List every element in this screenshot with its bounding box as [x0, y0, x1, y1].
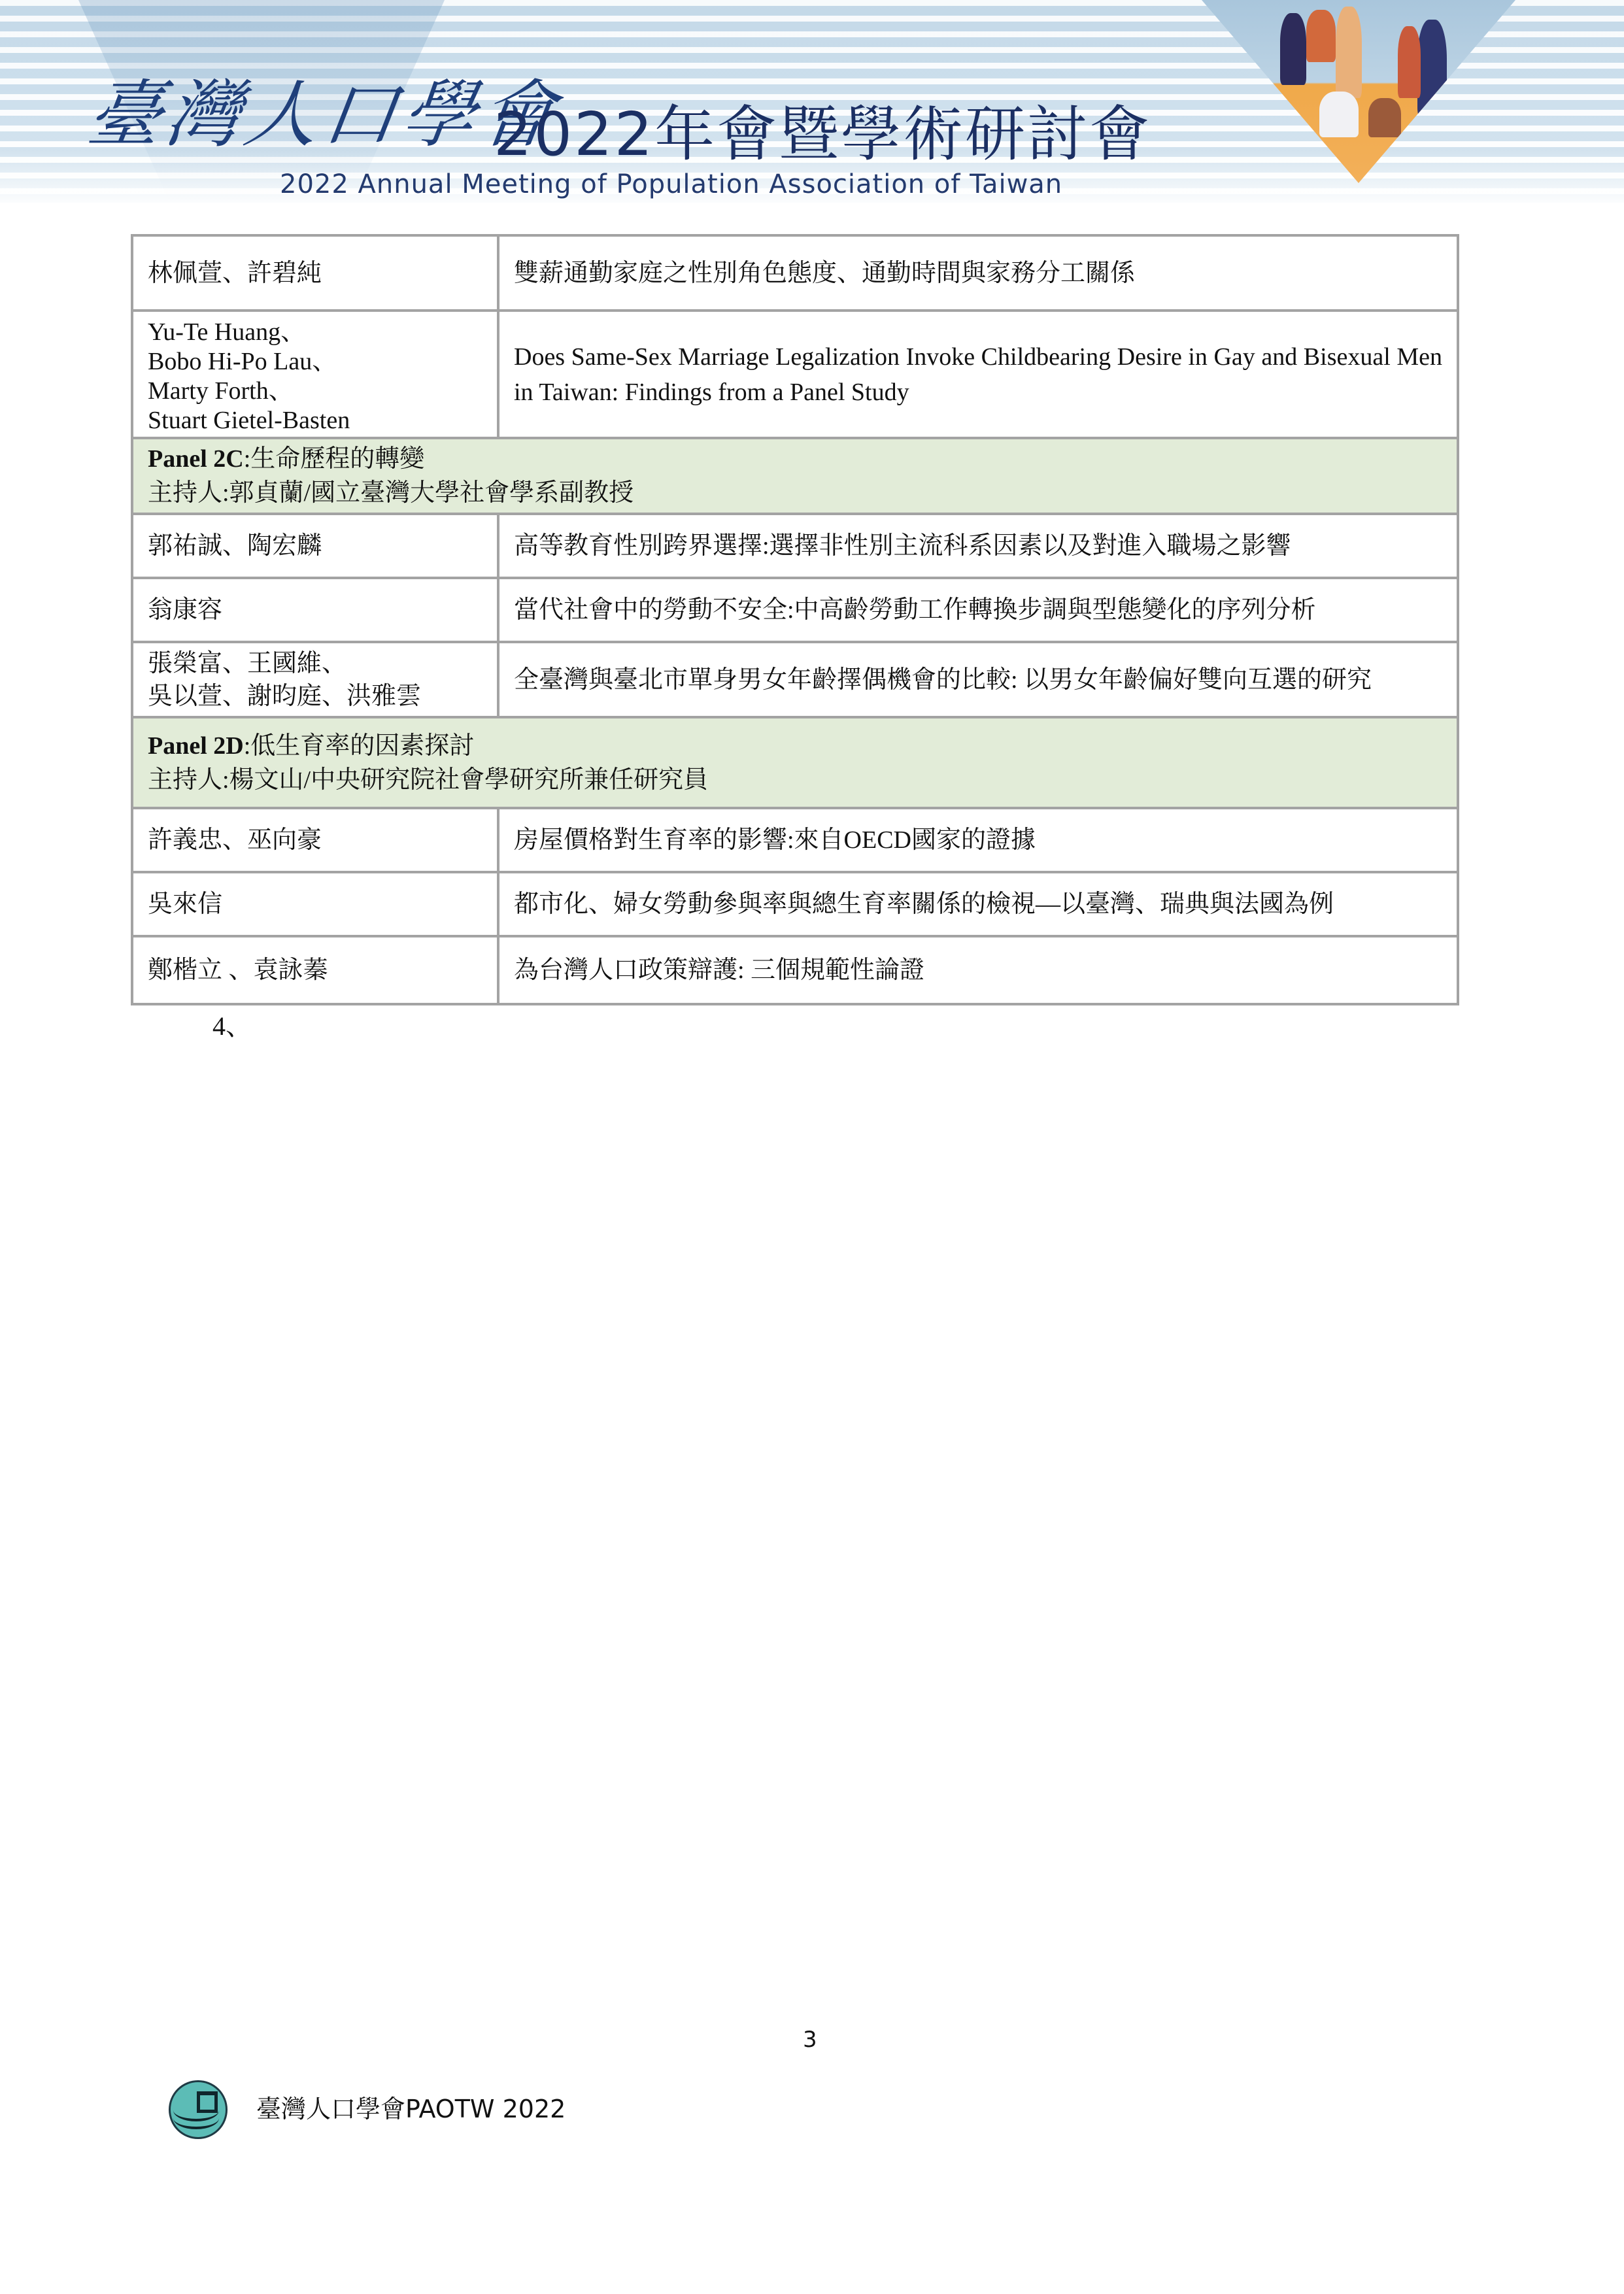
panel-header-row: Panel 2D:低生育率的因素探討 主持人:楊文山/中央研究院社會學研究所兼任…	[132, 717, 1458, 808]
conference-subtitle: 2022 Annual Meeting of Population Associ…	[280, 171, 1062, 197]
author-line: Stuart Gietel-Basten	[148, 406, 482, 435]
panel-theme: :低生育率的因素探討	[244, 732, 475, 760]
next-section-number: 4、	[212, 1007, 252, 1046]
schedule-table: 林佩萱、許碧純 雙薪通勤家庭之性別角色態度、通勤時間與家務分工關係 Yu-Te …	[131, 234, 1459, 1005]
paper-title-cell: Does Same-Sex Marriage Legalization Invo…	[498, 311, 1458, 438]
panel-heading: Panel 2C:生命歷程的轉變	[148, 442, 1442, 476]
panel-code: Panel 2C	[148, 445, 244, 473]
table-row: 許義忠、巫向豪 房屋價格對生育率的影響:來自OECD國家的證據	[132, 808, 1458, 872]
table-row: 吳來信 都市化、婦女勞動參與率與總生育率關係的檢視—以臺灣、瑞典與法國為例	[132, 872, 1458, 936]
panel-theme: :生命歷程的轉變	[244, 445, 425, 473]
authors-cell: 張榮富、王國維、 吳以萱、謝昀庭、洪雅雲	[132, 642, 498, 717]
panel-header-cell: Panel 2C:生命歷程的轉變 主持人:郭貞蘭/國立臺灣大學社會學系副教授	[132, 438, 1458, 514]
paper-title-cell: 高等教育性別跨界選擇:選擇非性別主流科系因素以及對進入職場之影響	[498, 514, 1458, 578]
authors-cell: 鄭楷立 、袁詠蓁	[132, 936, 498, 1004]
author-line: Bobo Hi-Po Lau、	[148, 347, 482, 377]
conference-title: 2022年會暨學術研討會	[494, 105, 1151, 165]
authors-cell: 許義忠、巫向豪	[132, 808, 498, 872]
panel-heading: Panel 2D:低生育率的因素探討	[148, 729, 1442, 763]
authors-cell: Yu-Te Huang、 Bobo Hi-Po Lau、 Marty Forth…	[132, 311, 498, 438]
author-line: 吳以萱、謝昀庭、洪雅雲	[148, 680, 482, 713]
panel-header-cell: Panel 2D:低生育率的因素探討 主持人:楊文山/中央研究院社會學研究所兼任…	[132, 717, 1458, 808]
paper-title-cell: 當代社會中的勞動不安全:中高齡勞動工作轉換步調與型態變化的序列分析	[498, 578, 1458, 642]
panel-header-row: Panel 2C:生命歷程的轉變 主持人:郭貞蘭/國立臺灣大學社會學系副教授	[132, 438, 1458, 514]
author-line: Yu-Te Huang、	[148, 318, 482, 347]
author-line: Marty Forth、	[148, 377, 482, 406]
paper-title-cell: 房屋價格對生育率的影響:來自OECD國家的證據	[498, 808, 1458, 872]
calligraphy-logo: 臺灣人口學會	[83, 78, 564, 152]
authors-cell: 郭祐誠、陶宏麟	[132, 514, 498, 578]
header-banner: 臺灣人口學會 2022年會暨學術研討會 2022 Annual Meeting …	[0, 0, 1624, 203]
author-line: 張榮富、王國維、	[148, 647, 482, 680]
footer-org-text: 臺灣人口學會PAOTW 2022	[256, 2095, 566, 2123]
table-row: 翁康容 當代社會中的勞動不安全:中高齡勞動工作轉換步調與型態變化的序列分析	[132, 578, 1458, 642]
paper-title-cell: 都市化、婦女勞動參與率與總生育率關係的檢視—以臺灣、瑞典與法國為例	[498, 872, 1458, 936]
table-row: 張榮富、王國維、 吳以萱、謝昀庭、洪雅雲 全臺灣與臺北市單身男女年齡擇偶機會的比…	[132, 642, 1458, 717]
paper-title-cell: 雙薪通勤家庭之性別角色態度、通勤時間與家務分工關係	[498, 235, 1458, 311]
authors-cell: 翁康容	[132, 578, 498, 642]
paper-title-cell: 為台灣人口政策辯護: 三個規範性論證	[498, 936, 1458, 1004]
panel-host: 主持人:郭貞蘭/國立臺灣大學社會學系副教授	[148, 476, 1442, 510]
table-row: 郭祐誠、陶宏麟 高等教育性別跨界選擇:選擇非性別主流科系因素以及對進入職場之影響	[132, 514, 1458, 578]
panel-host: 主持人:楊文山/中央研究院社會學研究所兼任研究員	[148, 763, 1442, 797]
table-row: 鄭楷立 、袁詠蓁 為台灣人口政策辯護: 三個規範性論證	[132, 936, 1458, 1004]
panel-code: Panel 2D	[148, 732, 244, 760]
table-row: Yu-Te Huang、 Bobo Hi-Po Lau、 Marty Forth…	[132, 311, 1458, 438]
paotw-logo-icon	[169, 2080, 228, 2139]
paper-title-cell: 全臺灣與臺北市單身男女年齡擇偶機會的比較: 以男女年齡偏好雙向互選的研究	[498, 642, 1458, 717]
page-number: 3	[803, 2027, 817, 2053]
logo-wave-shape	[173, 2107, 219, 2129]
table-row: 林佩萱、許碧純 雙薪通勤家庭之性別角色態度、通勤時間與家務分工關係	[132, 235, 1458, 311]
authors-cell: 吳來信	[132, 872, 498, 936]
authors-cell: 林佩萱、許碧純	[132, 235, 498, 311]
